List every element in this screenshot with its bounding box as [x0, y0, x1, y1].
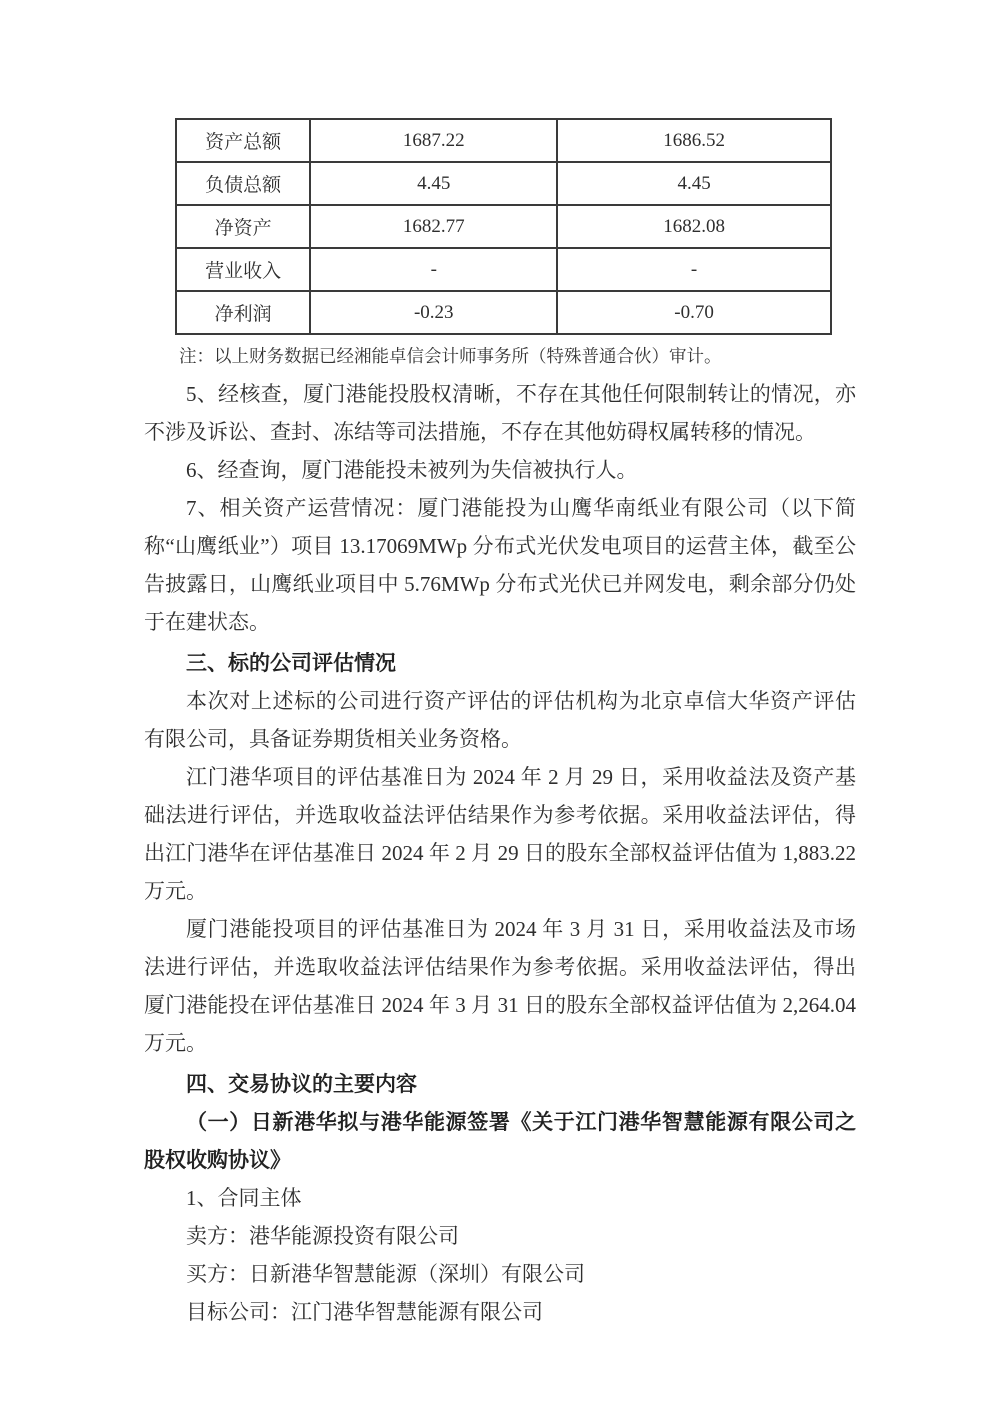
row-label-cell: 营业收入	[176, 248, 310, 291]
value-cell: -	[310, 248, 557, 291]
row-label-cell: 净资产	[176, 205, 310, 248]
contract-subject-heading: 1、合同主体	[144, 1179, 856, 1217]
row-label-cell: 资产总额	[176, 119, 310, 162]
paragraph-appraiser: 本次对上述标的公司进行资产评估的评估机构为北京卓信大华资产评估有限公司，具备证券…	[144, 682, 856, 758]
value-cell: 1686.52	[557, 119, 831, 162]
buyer-line: 买方：日新港华智慧能源（深圳）有限公司	[144, 1255, 856, 1293]
value-cell: 1687.22	[310, 119, 557, 162]
table-row: 负债总额 4.45 4.45	[176, 162, 831, 205]
value-cell: 1682.08	[557, 205, 831, 248]
list-item-7: 7、相关资产运营情况：厦门港能投为山鹰华南纸业有限公司（以下简称“山鹰纸业”）项…	[144, 489, 856, 641]
target-company-line: 目标公司：江门港华智慧能源有限公司	[144, 1293, 856, 1331]
section-heading-3: 三、标的公司评估情况	[144, 644, 856, 682]
table-row: 资产总额 1687.22 1686.52	[176, 119, 831, 162]
list-item-5: 5、经核查，厦门港能投股权清晰，不存在其他任何限制转让的情况，亦不涉及诉讼、查封…	[144, 375, 856, 451]
audit-note: 注：以上财务数据已经湘能卓信会计师事务所（特殊普通合伙）审计。	[144, 344, 856, 368]
table-row: 净利润 -0.23 -0.70	[176, 291, 831, 334]
value-cell: -0.70	[557, 291, 831, 334]
document-content: 资产总额 1687.22 1686.52 负债总额 4.45 4.45 净资产 …	[144, 118, 856, 1331]
list-item-6: 6、经查询，厦门港能投未被列为失信被执行人。	[144, 451, 856, 489]
table-row: 营业收入 - -	[176, 248, 831, 291]
value-cell: 4.45	[557, 162, 831, 205]
table-row: 净资产 1682.77 1682.08	[176, 205, 831, 248]
value-cell: 1682.77	[310, 205, 557, 248]
section-heading-4: 四、交易协议的主要内容	[144, 1065, 856, 1103]
row-label-cell: 负债总额	[176, 162, 310, 205]
financial-data-table: 资产总额 1687.22 1686.52 负债总额 4.45 4.45 净资产 …	[175, 118, 832, 335]
document-page: 资产总额 1687.22 1686.52 负债总额 4.45 4.45 净资产 …	[0, 0, 1000, 1414]
seller-line: 卖方：港华能源投资有限公司	[144, 1217, 856, 1255]
value-cell: -0.23	[310, 291, 557, 334]
paragraph-xiamen-valuation: 厦门港能投项目的评估基准日为 2024 年 3 月 31 日，采用收益法及市场法…	[144, 910, 856, 1062]
paragraph-jiangmen-valuation: 江门港华项目的评估基准日为 2024 年 2 月 29 日，采用收益法及资产基础…	[144, 758, 856, 910]
value-cell: 4.45	[310, 162, 557, 205]
row-label-cell: 净利润	[176, 291, 310, 334]
subsection-heading-1: （一）日新港华拟与港华能源签署《关于江门港华智慧能源有限公司之股权收购协议》	[144, 1103, 856, 1179]
value-cell: -	[557, 248, 831, 291]
